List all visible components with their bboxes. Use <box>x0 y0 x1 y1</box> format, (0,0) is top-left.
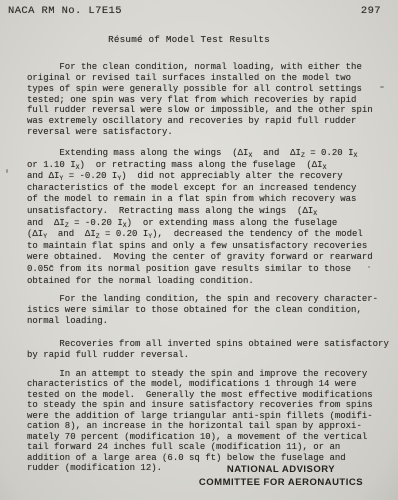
text-line: types of spin were generally possible fo… <box>27 84 373 95</box>
text-line: 0.05c̄ from its normal position gave res… <box>27 264 373 276</box>
text-line: to steady the spin and insure satisfacto… <box>27 400 373 410</box>
stamp-line-1: NATIONAL ADVISORY <box>196 464 366 477</box>
paragraph: Recoveries from all inverted spins obtai… <box>27 339 389 361</box>
text-line: was extremely oscillatory and recoveries… <box>27 116 373 127</box>
text-line: characteristics of the model except for … <box>27 183 373 195</box>
text-line: of the model to remain in a flat spin fr… <box>27 194 373 206</box>
text-line: unsatisfactory. Retracting mass along th… <box>27 206 373 218</box>
scan-artifact <box>320 412 322 414</box>
paragraph: Extending mass along the wings (ΔIX and … <box>27 148 373 287</box>
stamp-line-2: COMMITTEE FOR AERONAUTICS <box>196 477 366 490</box>
text-line: For the landing condition, the spin and … <box>27 294 378 305</box>
page-header: NACA RM No. L7E15 297 <box>8 5 381 17</box>
text-line: original or revised tail surfaces instal… <box>27 73 373 84</box>
text-line: For the clean condition, normal loading,… <box>27 62 373 73</box>
text-line: full rudder reversal were slow or imposs… <box>27 105 373 116</box>
scan-artifact <box>380 86 384 88</box>
text-line: In an attempt to steady the spin and imp… <box>27 369 373 379</box>
document-page: NACA RM No. L7E15 297 Résumé of Model Te… <box>0 0 398 500</box>
text-line: reversal were satisfactory. <box>27 127 373 138</box>
text-line: istics were similar to those obtained fo… <box>27 305 378 316</box>
scan-artifact <box>6 169 8 173</box>
text-line: mately 70 percent (modification 10), a m… <box>27 432 373 442</box>
scan-artifact <box>368 266 370 268</box>
text-line: tested; one spin was very flat from whic… <box>27 95 373 106</box>
text-line: addition of a large area (6.0 sq ft) bel… <box>27 453 373 463</box>
text-line: were obtained. Moving the center of grav… <box>27 252 373 264</box>
page-number: 297 <box>361 5 381 17</box>
text-line: characteristics of the model, modificati… <box>27 379 373 389</box>
text-line: or 1.10 IX) or retracting mass along the… <box>27 160 373 172</box>
paragraph: In an attempt to steady the spin and imp… <box>27 369 373 474</box>
text-line: obtained for the normal loading conditio… <box>27 276 373 288</box>
text-line: and ΔIY = -0.20 IY) did not appreciably … <box>27 171 373 183</box>
text-line: tail forward 24 inches full scale (modif… <box>27 442 373 452</box>
text-line: Recoveries from all inverted spins obtai… <box>27 339 389 350</box>
text-line: and ΔIZ = -0.20 IX) or extending mass al… <box>27 218 373 230</box>
text-line: normal loading. <box>27 316 378 327</box>
text-line: (ΔIY and ΔIZ = 0.20 IY), decreased the t… <box>27 229 373 241</box>
text-line: by rapid full rudder reversal. <box>27 350 389 361</box>
text-line: tested on the model. Generally the most … <box>27 390 373 400</box>
section-title: Résumé of Model Test Results <box>0 34 388 45</box>
paragraph: For the clean condition, normal loading,… <box>27 62 373 138</box>
text-line: cation 8), an increase in the horizontal… <box>27 421 373 431</box>
paragraph: For the landing condition, the spin and … <box>27 294 378 327</box>
document-id: NACA RM No. L7E15 <box>8 5 122 17</box>
text-line: Extending mass along the wings (ΔIX and … <box>27 148 373 160</box>
naca-stamp: NATIONAL ADVISORY COMMITTEE FOR AERONAUT… <box>196 464 366 489</box>
text-line: to maintain flat spins and only a few un… <box>27 241 373 253</box>
